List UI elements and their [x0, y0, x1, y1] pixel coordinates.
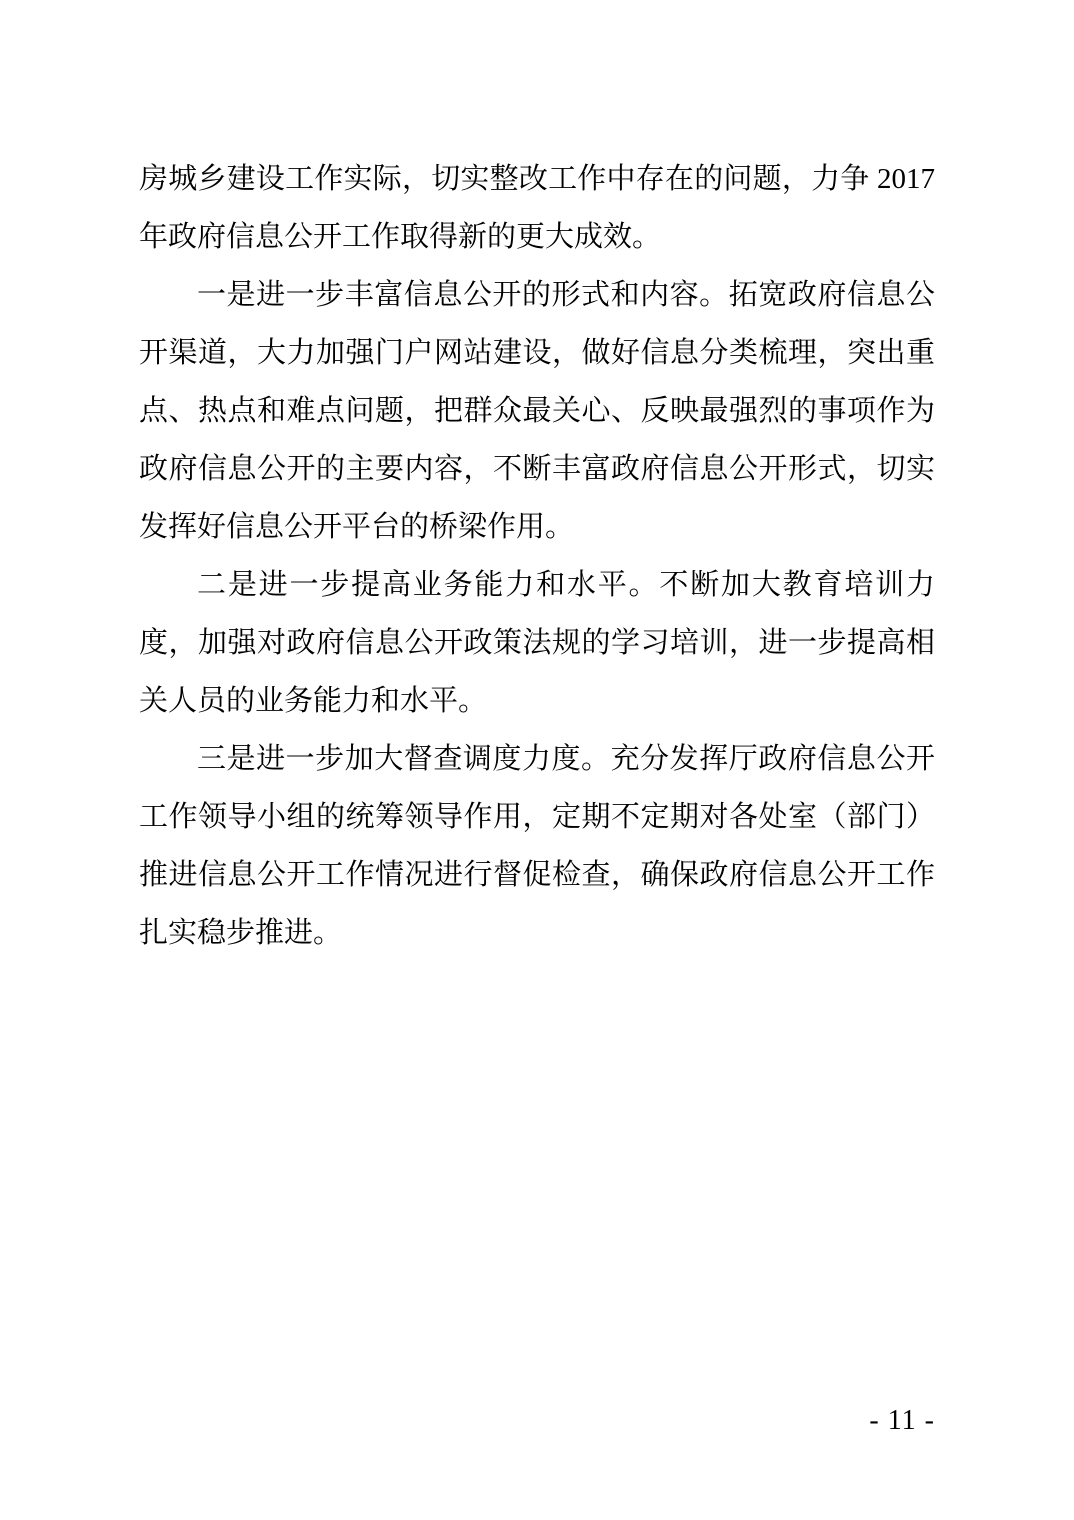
paragraph-text: 拓宽政府信息公开渠道，大力加强门户网站建设，做好信息分类梳理，突出重点、热点和难…: [139, 279, 935, 543]
paragraph-lead: 二是进一步提高业务能力和水平。: [197, 569, 659, 601]
document-body: 房城乡建设工作实际，切实整改工作中存在的问题，力争 2017 年政府信息公开工作…: [139, 150, 935, 962]
document-page: 房城乡建设工作实际，切实整改工作中存在的问题，力争 2017 年政府信息公开工作…: [0, 0, 1074, 1520]
paragraph-lead: 一是进一步丰富信息公开的形式和内容。: [197, 279, 729, 311]
body-paragraph: 三是进一步加大督查调度力度。充分发挥厅政府信息公开工作领导小组的统筹领导作用，定…: [139, 730, 935, 962]
page-number: - 11 -: [869, 1402, 935, 1440]
paragraph-text: 房城乡建设工作实际，切实整改工作中存在的问题，力争 2017 年政府信息公开工作…: [139, 163, 935, 253]
body-paragraph: 房城乡建设工作实际，切实整改工作中存在的问题，力争 2017 年政府信息公开工作…: [139, 150, 935, 266]
body-paragraph: 二是进一步提高业务能力和水平。不断加大教育培训力度，加强对政府信息公开政策法规的…: [139, 556, 935, 730]
paragraph-lead: 三是进一步加大督查调度力度。: [197, 743, 611, 775]
body-paragraph: 一是进一步丰富信息公开的形式和内容。拓宽政府信息公开渠道，大力加强门户网站建设，…: [139, 266, 935, 556]
